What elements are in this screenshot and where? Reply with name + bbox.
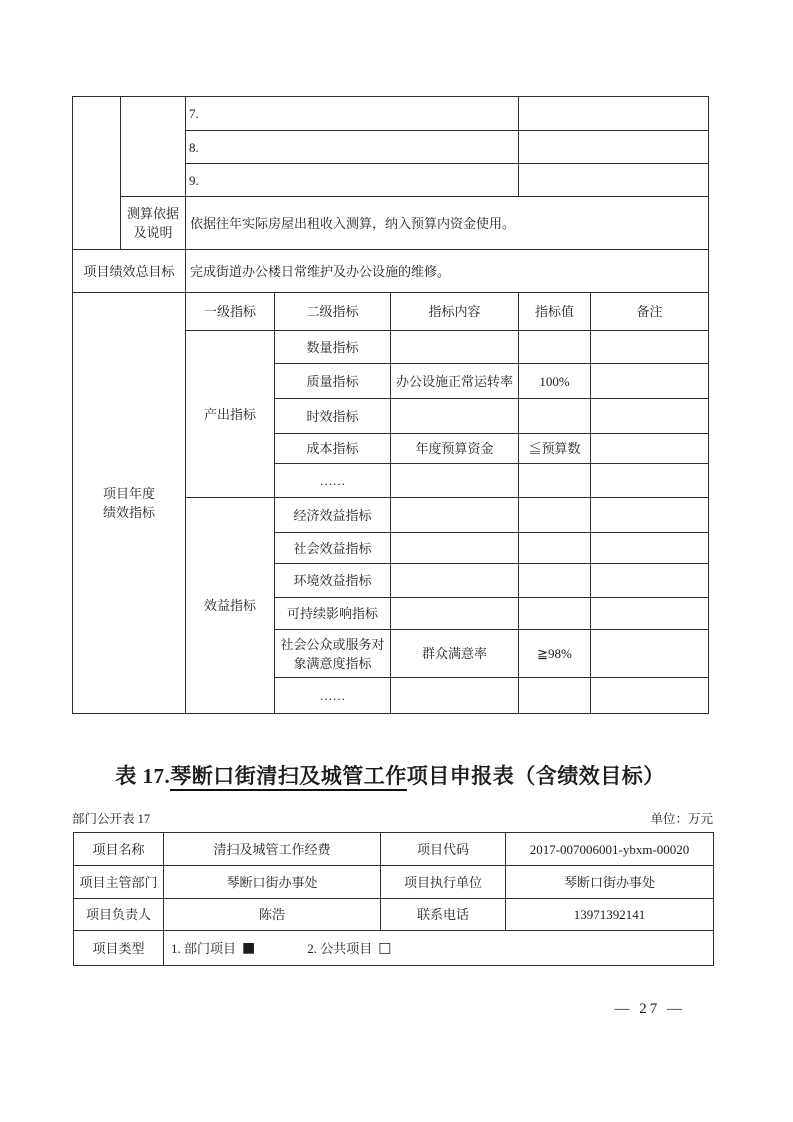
indicator-content: 群众满意率 [391, 630, 519, 678]
item-9-cell: 9. [186, 164, 519, 197]
indicator-note [591, 678, 709, 714]
supervisor-dept-value: 琴断口街办事处 [164, 866, 381, 899]
benefit-group-label: 效益指标 [186, 498, 275, 714]
table-row: 项目负责人 陈浩 联系电话 13971392141 [74, 899, 714, 931]
indicator-note [591, 399, 709, 434]
table-row: 项目主管部门 琴断口街办事处 项目执行单位 琴断口街办事处 [74, 866, 714, 899]
item-8-cell: 8. [186, 131, 519, 164]
indicator-name: 环境效益指标 [275, 564, 391, 598]
indicator-content [391, 331, 519, 364]
empty-cell [519, 97, 709, 131]
output-group-label: 产出指标 [186, 331, 275, 498]
phone-label: 联系电话 [381, 899, 506, 931]
indicator-name: 社会效益指标 [275, 533, 391, 564]
section-title: 表 17.琴断口街清扫及城管工作项目申报表（含绩效目标） [60, 761, 720, 792]
header-note: 备注 [591, 293, 709, 331]
annual-indicator-label: 项目年度 绩效指标 [73, 293, 186, 714]
indicator-note [591, 498, 709, 533]
option-public-project: 2. 公共项目 □ [307, 939, 391, 958]
header-level2: 二级指标 [275, 293, 391, 331]
header-level1: 一级指标 [186, 293, 275, 331]
project-info-table: 项目名称 清扫及城管工作经费 项目代码 2017-007006001-ybxm-… [73, 832, 714, 966]
overall-goal-label: 项目绩效总目标 [73, 250, 186, 293]
phone-value: 13971392141 [506, 899, 714, 931]
indicator-note [591, 564, 709, 598]
indicator-value [519, 678, 591, 714]
indicator-content [391, 464, 519, 498]
indicator-name: 时效指标 [275, 399, 391, 434]
indicator-value [519, 498, 591, 533]
indicator-value [519, 399, 591, 434]
empty-merged-cell [121, 97, 186, 197]
indicator-value [519, 533, 591, 564]
indicator-note [591, 630, 709, 678]
indicator-name: …… [275, 678, 391, 714]
leader-value: 陈浩 [164, 899, 381, 931]
indicator-note [591, 533, 709, 564]
table-row: 测算依据 及说明 依据往年实际房屋出租收入测算，纳入预算内资金使用。 [73, 197, 709, 250]
indicator-name: 社会公众或服务对象满意度指标 [275, 630, 391, 678]
indicator-note [591, 434, 709, 464]
indicator-value: 100% [519, 364, 591, 399]
indicator-value [519, 464, 591, 498]
table-row: 项目名称 清扫及城管工作经费 项目代码 2017-007006001-ybxm-… [74, 833, 714, 866]
indicator-note [591, 331, 709, 364]
indicator-content [391, 533, 519, 564]
project-type-label: 项目类型 [74, 931, 164, 966]
empty-cell [519, 131, 709, 164]
checkbox-empty-icon: □ [378, 941, 391, 955]
checkbox-filled-icon: ■ [242, 941, 255, 955]
basis-text: 依据往年实际房屋出租收入测算，纳入预算内资金使用。 [186, 197, 709, 250]
item-7-cell: 7. [186, 97, 519, 131]
indicator-content [391, 498, 519, 533]
indicator-note [591, 598, 709, 630]
table-row: 项目类型 1. 部门项目 ■ 2. 公共项目 □ [74, 931, 714, 966]
project-name-label: 项目名称 [74, 833, 164, 866]
indicator-content [391, 598, 519, 630]
option-department-project: 1. 部门项目 ■ [171, 939, 255, 958]
supervisor-dept-label: 项目主管部门 [74, 866, 164, 899]
indicator-value [519, 331, 591, 364]
overall-goal-text: 完成街道办公楼日常维护及办公设施的维修。 [186, 250, 709, 293]
indicator-value [519, 598, 591, 630]
page-number: — 27 — [615, 1001, 686, 1018]
table-row: 7. [73, 97, 709, 131]
sheet-label: 部门公开表 17 [72, 809, 150, 827]
title-prefix: 表 17. [115, 764, 170, 788]
indicator-name: 可持续影响指标 [275, 598, 391, 630]
indicator-content [391, 399, 519, 434]
project-code-label: 项目代码 [381, 833, 506, 866]
title-suffix: 项目申报表（含绩效目标） [407, 764, 665, 788]
project-code-value: 2017-007006001-ybxm-00020 [506, 833, 714, 866]
indicator-content: 办公设施正常运转率 [391, 364, 519, 399]
indicator-name: 成本指标 [275, 434, 391, 464]
unit-label: 单位：万元 [650, 809, 713, 827]
indicator-note [591, 464, 709, 498]
indicator-content [391, 564, 519, 598]
indicator-name: 数量指标 [275, 331, 391, 364]
indicator-name: 经济效益指标 [275, 498, 391, 533]
indicator-header-row: 项目年度 绩效指标 一级指标 二级指标 指标内容 指标值 备注 [73, 293, 709, 331]
leader-label: 项目负责人 [74, 899, 164, 931]
basis-label: 测算依据 及说明 [121, 197, 186, 250]
project-type-options: 1. 部门项目 ■ 2. 公共项目 □ [164, 931, 714, 966]
executor-value: 琴断口街办事处 [506, 866, 714, 899]
indicator-note [591, 364, 709, 399]
header-value: 指标值 [519, 293, 591, 331]
empty-cell [519, 164, 709, 197]
empty-merged-cell [73, 97, 121, 250]
performance-table: 7. 8. 9. 测算依据 及说明 依据往年实际房屋出租收入测算，纳入预算内资金… [72, 96, 709, 714]
indicator-name: …… [275, 464, 391, 498]
indicator-content [391, 678, 519, 714]
indicator-value [519, 564, 591, 598]
indicator-value: ≧98% [519, 630, 591, 678]
table-row: 项目绩效总目标 完成街道办公楼日常维护及办公设施的维修。 [73, 250, 709, 293]
indicator-value: ≦预算数 [519, 434, 591, 464]
header-content: 指标内容 [391, 293, 519, 331]
executor-label: 项目执行单位 [381, 866, 506, 899]
project-name-value: 清扫及城管工作经费 [164, 833, 381, 866]
title-underlined-part: 琴断口街清扫及城管工作 [170, 764, 407, 791]
document-page: 7. 8. 9. 测算依据 及说明 依据往年实际房屋出租收入测算，纳入预算内资金… [0, 0, 793, 1122]
indicator-content: 年度预算资金 [391, 434, 519, 464]
indicator-name: 质量指标 [275, 364, 391, 399]
table-meta-line: 部门公开表 17 单位：万元 [72, 808, 713, 828]
